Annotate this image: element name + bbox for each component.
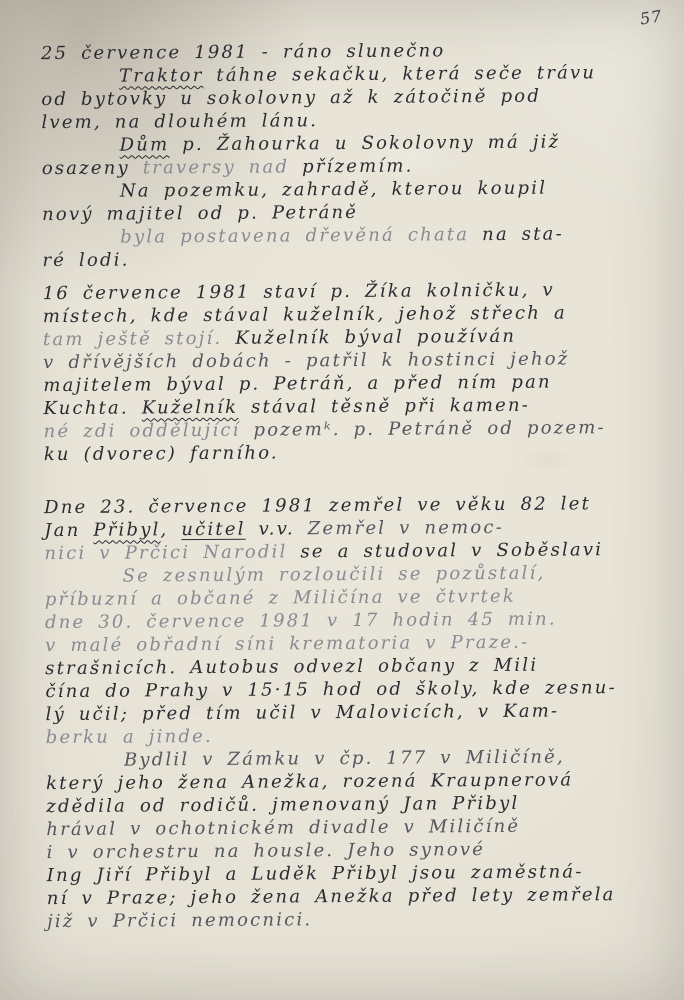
text-segment: příbuzní a občané z Miličína ve čtvrtek [45, 586, 516, 610]
handwritten-line: né zdi oddělující pozemᵏ. p. Petráně od … [44, 416, 654, 443]
text-segment: který jeho žena Anežka, rozená Kraupnero… [46, 769, 573, 794]
entry-25-july-1981: 25 července 1981 - ráno slunečnoTraktor … [41, 38, 653, 272]
underlined-word: Přibyl [93, 519, 160, 540]
text-segment: táhne sekačku, která seče trávu [203, 62, 596, 86]
text-segment: 16 července 1981 staví p. Žíka kolničku,… [43, 280, 555, 305]
text-segment: , [160, 519, 181, 540]
handwritten-line: v dřívějších dobách - patřil k hostinci … [43, 347, 653, 374]
text-segment: v.v. [246, 518, 308, 539]
handwritten-line: ní v Praze; jeho žena Anežka před lety z… [47, 883, 657, 910]
text-segment: stával těsně při kamen- [238, 395, 530, 418]
text-segment: berku a jinde. [46, 726, 213, 748]
text-segment: místech, kde stával kuželník, jehož stře… [43, 302, 567, 327]
text-segment: čína do Prahy v 15·15 hod od školy, kde … [45, 677, 617, 702]
underlined-word: Kuželník [142, 397, 239, 419]
text-segment: osazeny [42, 157, 143, 179]
text-segment: 25 července 1981 - ráno slunečno [41, 40, 446, 64]
handwritten-line: čína do Prahy v 15·15 hod od školy, kde … [45, 676, 655, 703]
text-segment: na sta- [482, 223, 564, 245]
text-segment: dne 30. července 1981 v 17 hodin 45 min. [45, 609, 557, 634]
handwritten-line: místech, kde stával kuželník, jehož stře… [43, 301, 653, 328]
text-segment: v malé obřadní síni krematoria v Praze.- [45, 632, 529, 656]
chronicle-page: 57 25 července 1981 - ráno slunečnoTrakt… [0, 0, 684, 1000]
text-segment: traversy nad [143, 156, 302, 178]
text-segment: lý učil; před tím učil v Malovicích, v K… [46, 701, 560, 726]
text-segment: ku (dvorec) farního. [44, 442, 279, 465]
text-segment: majitelem býval p. Petráň, a před ním pa… [43, 372, 552, 397]
page-number: 57 [638, 6, 663, 28]
text-segment: byla postavena dřevěná chata [120, 224, 482, 248]
entry-16-july-1981: 16 července 1981 staví p. Žíka kolničku,… [43, 278, 654, 466]
text-segment: ré lodi. [42, 250, 129, 272]
text-segment: né zdi oddělující [44, 420, 254, 442]
text-segment: tam ještě stojí. [43, 328, 235, 350]
entry-obituary-jan-pribyl: Dne 23. července 1981 zemřel ve věku 82 … [44, 492, 657, 933]
text-segment: od bytovky u sokolovny až k zátočině pod [41, 86, 541, 110]
entry-gap [44, 462, 654, 496]
manuscript-text: 25 července 1981 - ráno slunečnoTraktor … [41, 38, 657, 933]
text-segment: Bydlil v Zámku v čp. 177 v Miličíně, [124, 746, 565, 770]
text-segment: lvem, na dlouhém lánu. [41, 110, 318, 133]
text-segment: v dřívějších dobách - patřil k hostinci … [43, 348, 569, 373]
text-segment: přízemím. [302, 156, 414, 178]
text-segment: nici v Prčici Narodil [44, 541, 300, 564]
underlined-word: učitel [181, 519, 245, 540]
handwritten-line: již v Prčici nemocnici. [47, 906, 657, 933]
text-segment: Se zesnulým rozloučili se pozůstalí, [123, 563, 546, 587]
text-segment: nový majitel od p. Petráně [42, 202, 358, 225]
text-segment: Jan [44, 520, 93, 541]
text-segment: hrával v ochotnickém divadle v Miličíně [46, 816, 520, 840]
text-segment: Zemřel v nemoc- [308, 517, 504, 539]
text-segment: již v Prčici nemocnici. [47, 909, 312, 932]
handwritten-line: byla postavena dřevěná chata na sta- [42, 222, 652, 249]
text-segment: zdědila od rodičů. jmenovaný Jan Přibyl [46, 793, 519, 817]
text-segment: se a studoval v Soběslavi [300, 539, 603, 562]
handwritten-line: Dne 23. července 1981 zemřel ve věku 82 … [44, 492, 654, 519]
underlined-word: Dům [120, 134, 170, 155]
text-segment: i v orchestru na housle. Jeho synové [46, 839, 485, 863]
text-segment: Dne 23. července 1981 zemřel ve věku 82 … [44, 493, 591, 518]
handwritten-line: Dům p. Žahourka u Sokolovny má již [42, 130, 652, 157]
text-segment: pozemᵏ. p. Petráně od pozem- [253, 417, 605, 440]
text-segment: Kuželník býval používán [235, 326, 516, 349]
text-segment: Ing Jiří Přibyl a Luděk Přibyl jsou zamě… [47, 861, 584, 886]
handwritten-line: nici v Prčici Narodil se a studoval v So… [44, 538, 654, 565]
handwritten-line: který jeho žena Anežka, rozená Kraupnero… [46, 768, 656, 795]
text-segment: Kuchta. [43, 397, 141, 419]
handwritten-line: Traktor táhne sekačku, která seče trávu [41, 61, 651, 88]
text-segment: strašnicích. Autobus odvezl občany z Mil… [45, 655, 538, 679]
text-segment: Na pozemku, zahradě, kterou koupil [120, 178, 547, 202]
text-segment: ní v Praze; jeho žena Anežka před lety z… [47, 884, 616, 909]
text-segment: p. Žahourka u Sokolovny má již [169, 132, 560, 156]
underlined-word: Traktor [119, 65, 203, 87]
